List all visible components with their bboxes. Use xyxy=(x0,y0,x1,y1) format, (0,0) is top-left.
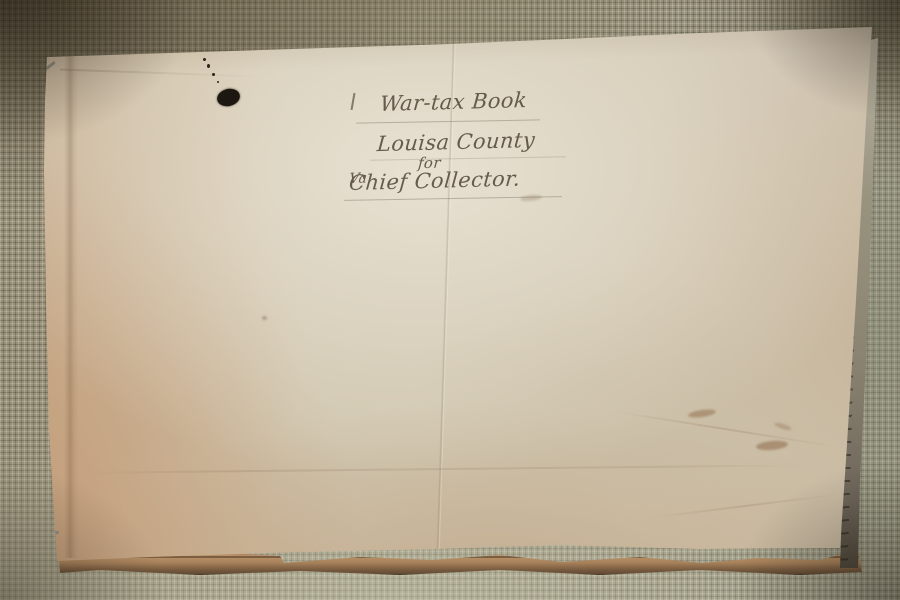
ledger-cover: War-tax Book Louisa County for Chief Col… xyxy=(0,0,900,600)
inscription-line-county: Louisa County xyxy=(376,128,536,156)
horizontal-crease xyxy=(80,464,820,474)
diagonal-crease-1 xyxy=(611,410,838,448)
left-fold-crease xyxy=(64,56,78,558)
stain-smudge xyxy=(688,408,717,419)
top-left-crease xyxy=(60,69,260,78)
handwritten-inscription: War-tax Book Louisa County for Chief Col… xyxy=(340,88,590,213)
ink-blot xyxy=(215,86,241,108)
stain-smudge xyxy=(774,421,793,431)
inscription-state-abbrev: Va xyxy=(349,171,368,188)
inscription-collector-text: Chief Collector. xyxy=(348,167,521,196)
ink-splatter-dot xyxy=(203,58,206,61)
ink-splatter-dot xyxy=(217,81,219,83)
ruled-guide-line xyxy=(356,119,540,123)
stray-ink-stroke xyxy=(351,93,356,110)
ruled-guide-line xyxy=(344,196,562,201)
ink-splatter-dot xyxy=(212,73,215,76)
stain-smudge xyxy=(756,440,789,452)
ink-splatter-dot xyxy=(207,64,210,68)
inscription-line-title: War-tax Book xyxy=(379,88,528,116)
photo-of-ledger-cover: War-tax Book Louisa County for Chief Col… xyxy=(0,0,900,600)
diagonal-crease-2 xyxy=(651,493,840,518)
stain-speck xyxy=(262,316,267,320)
ruled-guide-line xyxy=(370,156,566,160)
staple-mark-top xyxy=(45,61,56,70)
